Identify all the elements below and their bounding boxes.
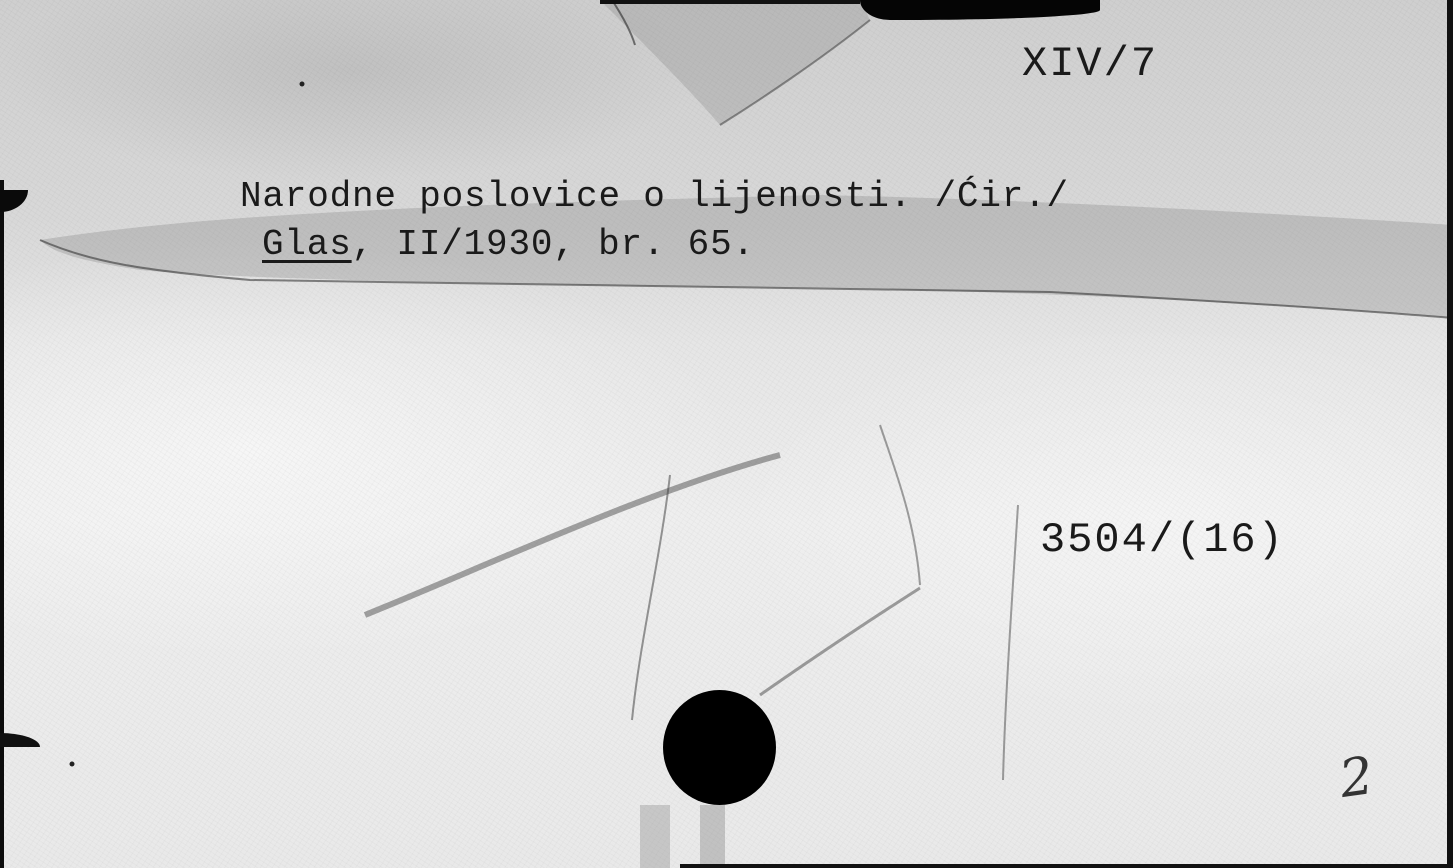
punch-hole [663, 690, 776, 805]
entry-source: Glas, II/1930, br. 65. [262, 224, 755, 265]
card-edge-left [0, 180, 4, 868]
card-edge-right [1447, 0, 1453, 868]
card-edge-top-left [600, 0, 860, 4]
inventory-number: 3504/(16) [1040, 516, 1285, 564]
source-issue: , II/1930, br. 65. [352, 224, 755, 265]
source-journal: Glas [262, 224, 352, 265]
catalog-card: XIV/7 Narodne poslovice o lijenosti. /Ći… [0, 0, 1453, 868]
entry-title: Narodne poslovice o lijenosti. /Ćir./ [240, 176, 1069, 217]
torn-corner-left [0, 190, 28, 212]
call-number: XIV/7 [1022, 40, 1158, 88]
card-edge-top [860, 0, 1100, 20]
torn-corner-bottom-left [0, 733, 40, 747]
handwritten-mark: 2 [1336, 746, 1377, 810]
card-edge-bottom [680, 864, 1453, 868]
